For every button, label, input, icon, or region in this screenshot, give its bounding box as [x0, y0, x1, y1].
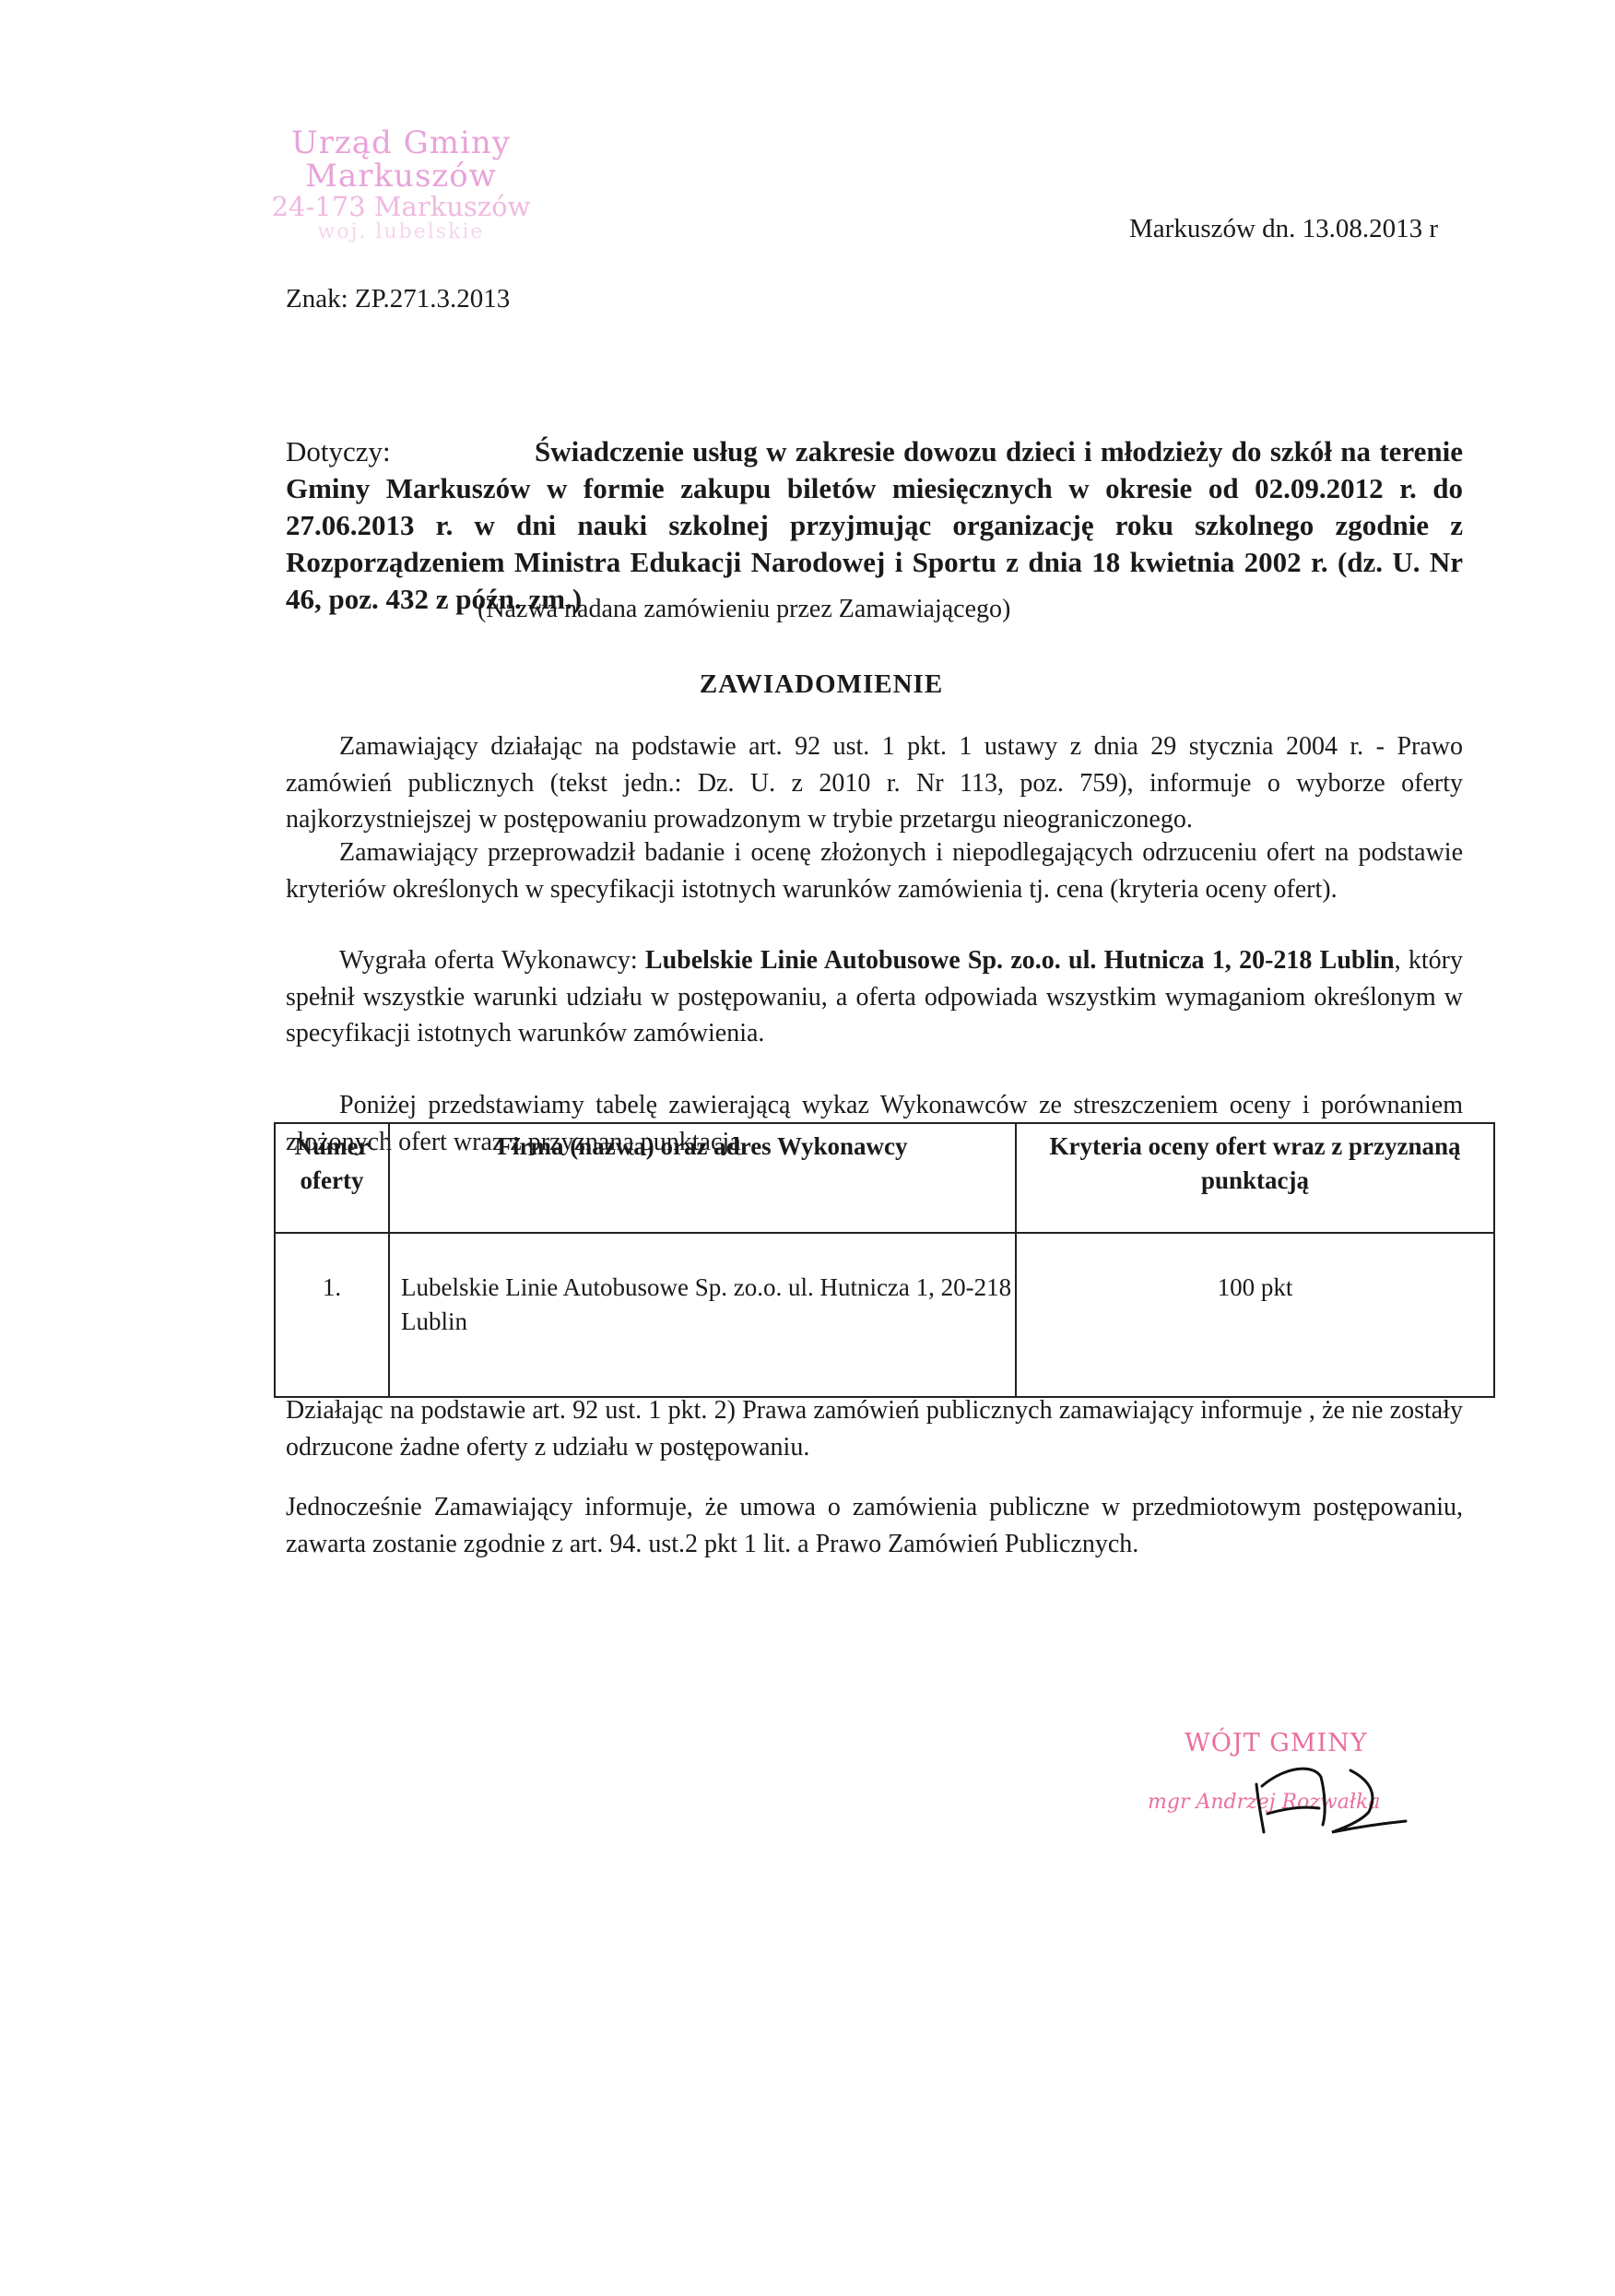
stamp-line-address: 24-173 Markuszów — [249, 193, 553, 220]
stamp-line-office: Urząd Gminy — [249, 127, 553, 160]
closing-no-rejections: Działając na podstawie art. 92 ust. 1 pk… — [286, 1392, 1463, 1465]
cell-offer-number: 1. — [275, 1233, 389, 1397]
offers-table: Numer oferty Firma (nazwa) oraz adres Wy… — [274, 1122, 1495, 1398]
header-contractor: Firma (nazwa) oraz adres Wykonawcy — [389, 1123, 1016, 1233]
winner-intro: Wygrała oferta Wykonawcy: — [339, 946, 645, 975]
subject-block: Dotyczy:Świadczenie usług w zakresie dow… — [286, 433, 1463, 618]
closing-contract: Jednocześnie Zamawiający informuje, że u… — [286, 1489, 1463, 1562]
reference-number: Znak: ZP.271.3.2013 — [286, 284, 510, 314]
table-header-row: Numer oferty Firma (nazwa) oraz adres Wy… — [275, 1123, 1494, 1233]
paragraph-text: Zamawiający działając na podstawie art. … — [286, 728, 1463, 838]
header-criteria: Kryteria oceny ofert wraz z przyznaną pu… — [1016, 1123, 1494, 1233]
subject-label: Dotyczy: — [286, 433, 535, 470]
winner-name: Lubelskie Linie Autobusowe Sp. zo.o. ul.… — [645, 946, 1395, 975]
handwritten-signature-icon — [1249, 1757, 1452, 1840]
stamp-line-municipality: Markuszów — [249, 160, 553, 194]
cell-score: 100 pkt — [1016, 1233, 1494, 1397]
subject-note: (Nazwa nadana zamówieniu przez Zamawiają… — [477, 595, 1010, 624]
header-offer-number: Numer oferty — [275, 1123, 389, 1233]
signature-title: WÓJT GMINY — [1148, 1729, 1452, 1758]
document-heading: ZAWIADOMIENIE — [0, 669, 1615, 700]
paragraph-winner: Wygrała oferta Wykonawcy: Lubelskie Lini… — [286, 942, 1463, 1052]
office-stamp: Urząd Gminy Markuszów 24-173 Markuszów w… — [249, 127, 553, 243]
paragraph-selection: Zamawiający działając na podstawie art. … — [286, 728, 1463, 838]
place-date: Markuszów dn. 13.08.2013 r — [1129, 214, 1438, 244]
stamp-line-region: woj. lubelskie — [249, 221, 553, 243]
paragraph-text: Zamawiający przeprowadził badanie i ocen… — [286, 834, 1463, 907]
cell-contractor: Lubelskie Linie Autobusowe Sp. zo.o. ul.… — [389, 1233, 1016, 1397]
paragraph-evaluation: Zamawiający przeprowadził badanie i ocen… — [286, 834, 1463, 907]
table-row: 1. Lubelskie Linie Autobusowe Sp. zo.o. … — [275, 1233, 1494, 1397]
